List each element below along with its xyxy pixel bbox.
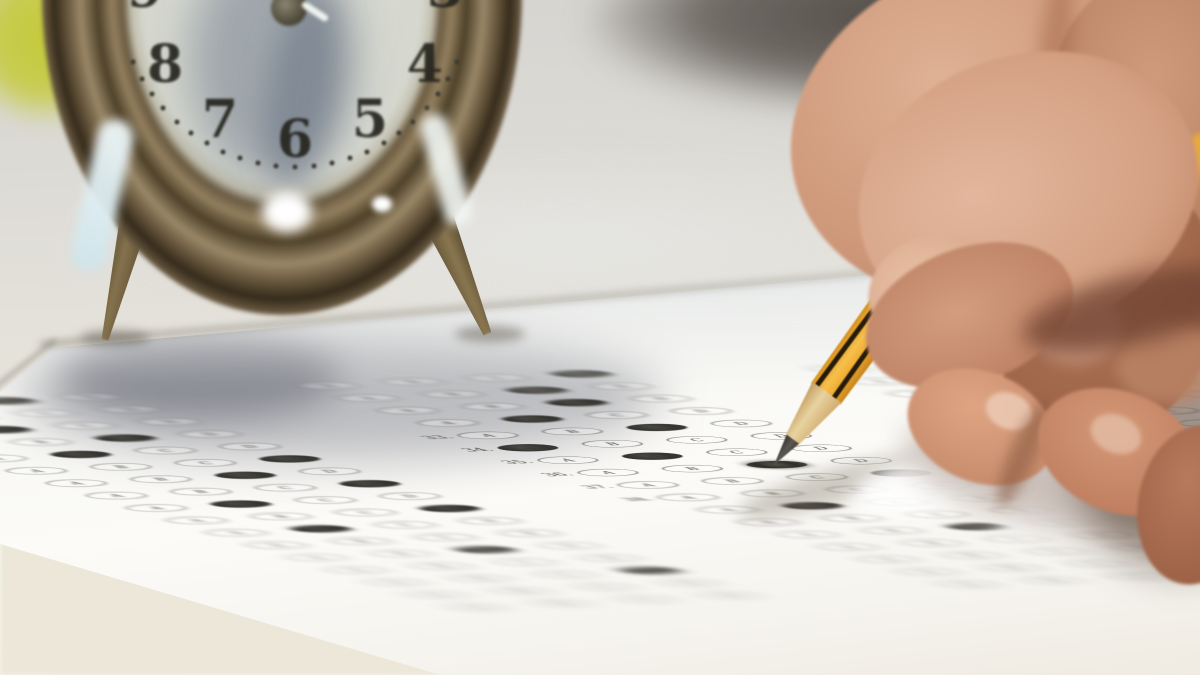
bubble-letter: D	[648, 396, 674, 401]
clock-minute-dot	[381, 141, 386, 146]
bubble-letter: D	[317, 469, 343, 474]
bubble-letter: D	[688, 409, 714, 414]
bubble-letter: C	[73, 423, 98, 428]
clock-numeral: 5	[352, 94, 388, 146]
bubble-letter: B	[228, 502, 253, 507]
bubble-letter: C	[593, 584, 618, 589]
bubble-letter: C	[33, 411, 58, 416]
clock-minute-dot	[149, 92, 154, 97]
bubble-letter: D	[637, 568, 663, 573]
bubble-letter: A	[636, 483, 661, 488]
bubble-letter: B	[600, 441, 625, 446]
bubble-letter: B	[348, 539, 373, 544]
bubble-letter: A	[184, 518, 209, 523]
bubble-letter: B	[28, 440, 53, 445]
bubble-letter: A	[916, 569, 941, 574]
bubble-letter: D	[717, 593, 743, 598]
bubble-letter: B	[388, 551, 413, 556]
clock-minute-dot	[347, 156, 352, 161]
bubble-letter: C	[393, 522, 418, 527]
bubble-letter: A	[24, 468, 49, 473]
clock-minute-dot	[311, 164, 316, 169]
bubble-letter: B	[468, 576, 493, 581]
bubble-letter: C	[684, 437, 709, 442]
bubble-letter: B	[840, 516, 865, 521]
clock-minute-dot	[256, 161, 261, 166]
clock-rim-highlight-bottom	[262, 192, 312, 232]
bubble-letter: D	[557, 543, 583, 548]
bubble-letter: A	[344, 568, 369, 573]
bubble-letter: A	[144, 506, 169, 511]
bubble-letter: A	[304, 555, 329, 560]
bubble-letter: C	[233, 473, 258, 478]
bubble-letter: B	[960, 553, 985, 558]
bubble-letter: C	[1044, 549, 1069, 554]
bubble-letter: B	[108, 464, 133, 469]
bubble-letter: C	[0, 398, 18, 403]
bubble-letter: B	[268, 514, 293, 519]
bubble-letter: A	[224, 530, 249, 535]
bubble-letter: A	[676, 495, 701, 500]
clock-minute-dot	[174, 119, 179, 124]
bubble-letter: D	[157, 419, 183, 424]
bubble-letter: A	[716, 507, 741, 512]
bubble-letter: A	[836, 545, 861, 550]
bubble-letter: D	[77, 394, 103, 399]
bubble-letter: D	[728, 421, 754, 426]
bubble-letter: A	[956, 582, 981, 587]
bubble-letter: A	[476, 433, 501, 438]
bubble-letter: B	[520, 417, 545, 422]
clock-minute-dot	[293, 165, 298, 170]
clock-numeral: 4	[407, 39, 443, 91]
clock-minute-dot	[446, 76, 451, 81]
bubble-letter: A	[264, 543, 289, 548]
clock-minute-dot	[188, 131, 193, 136]
bubble-letter: D	[237, 444, 263, 449]
clock-minute-dot	[238, 156, 243, 161]
bubble-letter: A	[436, 421, 461, 426]
clock-rim-sparkle	[372, 196, 392, 212]
bubble-letter: B	[440, 392, 465, 397]
bubble-letter: C	[633, 597, 658, 602]
bubble-letter: D	[517, 531, 543, 536]
clock-minute-dot	[274, 164, 279, 169]
clock-minute-dot	[204, 141, 209, 146]
bubble-letter: D	[677, 580, 703, 585]
bubble-letter: B	[68, 452, 93, 457]
bubble-letter: B	[680, 466, 705, 471]
bubble-letter: A	[104, 493, 129, 498]
bubble-letter: C	[313, 498, 338, 503]
bubble-letter: B	[508, 588, 533, 593]
clock-numeral: 9	[127, 0, 163, 16]
bubble-letter: D	[357, 481, 383, 486]
bubble-letter: B	[920, 541, 945, 546]
bubble-letter: B	[480, 404, 505, 409]
bubble-letter: B	[640, 454, 665, 459]
clock-minute-dot	[161, 106, 166, 111]
bubble-letter: A	[516, 445, 541, 450]
bubble-letter: D	[277, 456, 303, 461]
bubble-letter: C	[644, 425, 669, 430]
bubble-letter: A	[464, 605, 489, 610]
bubble-letter: C	[604, 413, 629, 418]
bubble-letter: C	[964, 524, 989, 529]
bubble-letter: A	[596, 470, 621, 475]
bubble-letter: D	[437, 506, 463, 511]
bubble-letter: B	[880, 528, 905, 533]
clock-leg-shadow-left	[80, 330, 150, 346]
bubble-letter: A	[756, 520, 781, 525]
bubble-letter: B	[1000, 565, 1025, 570]
bubble-letter: B	[188, 489, 213, 494]
clock-minute-dot	[329, 161, 334, 166]
bubble-letter: D	[597, 556, 623, 561]
clock-minute-dot	[397, 131, 402, 136]
bubble-letter: C	[113, 436, 138, 441]
bubble-letter: A	[356, 396, 381, 401]
bubble-letter: C	[433, 535, 458, 540]
bubble-letter: C	[1084, 561, 1109, 566]
bubble-letter: C	[193, 460, 218, 465]
bubble-letter: C	[473, 547, 498, 552]
clock-minute-dot	[221, 149, 226, 154]
bubble-letter: A	[0, 456, 9, 461]
bubble-letter: D	[117, 407, 143, 412]
bubble-letter: B	[548, 601, 573, 606]
clock-minute-dot	[364, 149, 369, 154]
bubble-letter: A	[396, 408, 421, 413]
bubble-letter: B	[560, 429, 585, 434]
bubble-letter: A	[876, 557, 901, 562]
bubble-letter: D	[397, 494, 423, 499]
clock-minute-dot	[454, 59, 459, 64]
clock-minute-dot	[436, 92, 441, 97]
bubble-letter: B	[308, 526, 333, 531]
bubble-letter: C	[564, 400, 589, 405]
bubble-letter: A	[64, 481, 89, 486]
clock-minute-dot	[131, 59, 136, 64]
bubble-letter: C	[724, 450, 749, 455]
bubble-letter: C	[553, 572, 578, 577]
bubble-letter: A	[424, 592, 449, 597]
bubble-letter: A	[796, 532, 821, 537]
bubble-letter: B	[148, 477, 173, 482]
bubble-letter: B	[428, 564, 453, 569]
bubble-letter: B	[720, 479, 745, 484]
clock-numeral: 8	[147, 39, 183, 91]
bubble-letter: C	[1124, 574, 1149, 579]
bubble-letter: D	[197, 432, 223, 437]
bubble-letter: C	[273, 485, 298, 490]
bubble-letter: C	[353, 510, 378, 515]
bubble-letter: A	[556, 458, 581, 463]
clock-numeral: 3	[427, 0, 463, 16]
clock-numeral: 6	[277, 114, 313, 166]
clock-minute-dot	[411, 119, 416, 124]
bubble-letter: B	[0, 427, 13, 432]
bubble-letter: D	[477, 518, 503, 523]
clock-minute-dot	[139, 76, 144, 81]
bubble-letter: B	[1040, 578, 1065, 583]
clock-numeral: 7	[202, 94, 238, 146]
bubble-letter: A	[384, 580, 409, 585]
bubble-letter: C	[513, 560, 538, 565]
bubble-letter: C	[153, 448, 178, 453]
exam-photo-scene: ABCDABCDABCDABCDABCDABCDABCDABCDABCDABCD…	[0, 0, 1200, 675]
clock-minute-dot	[424, 106, 429, 111]
